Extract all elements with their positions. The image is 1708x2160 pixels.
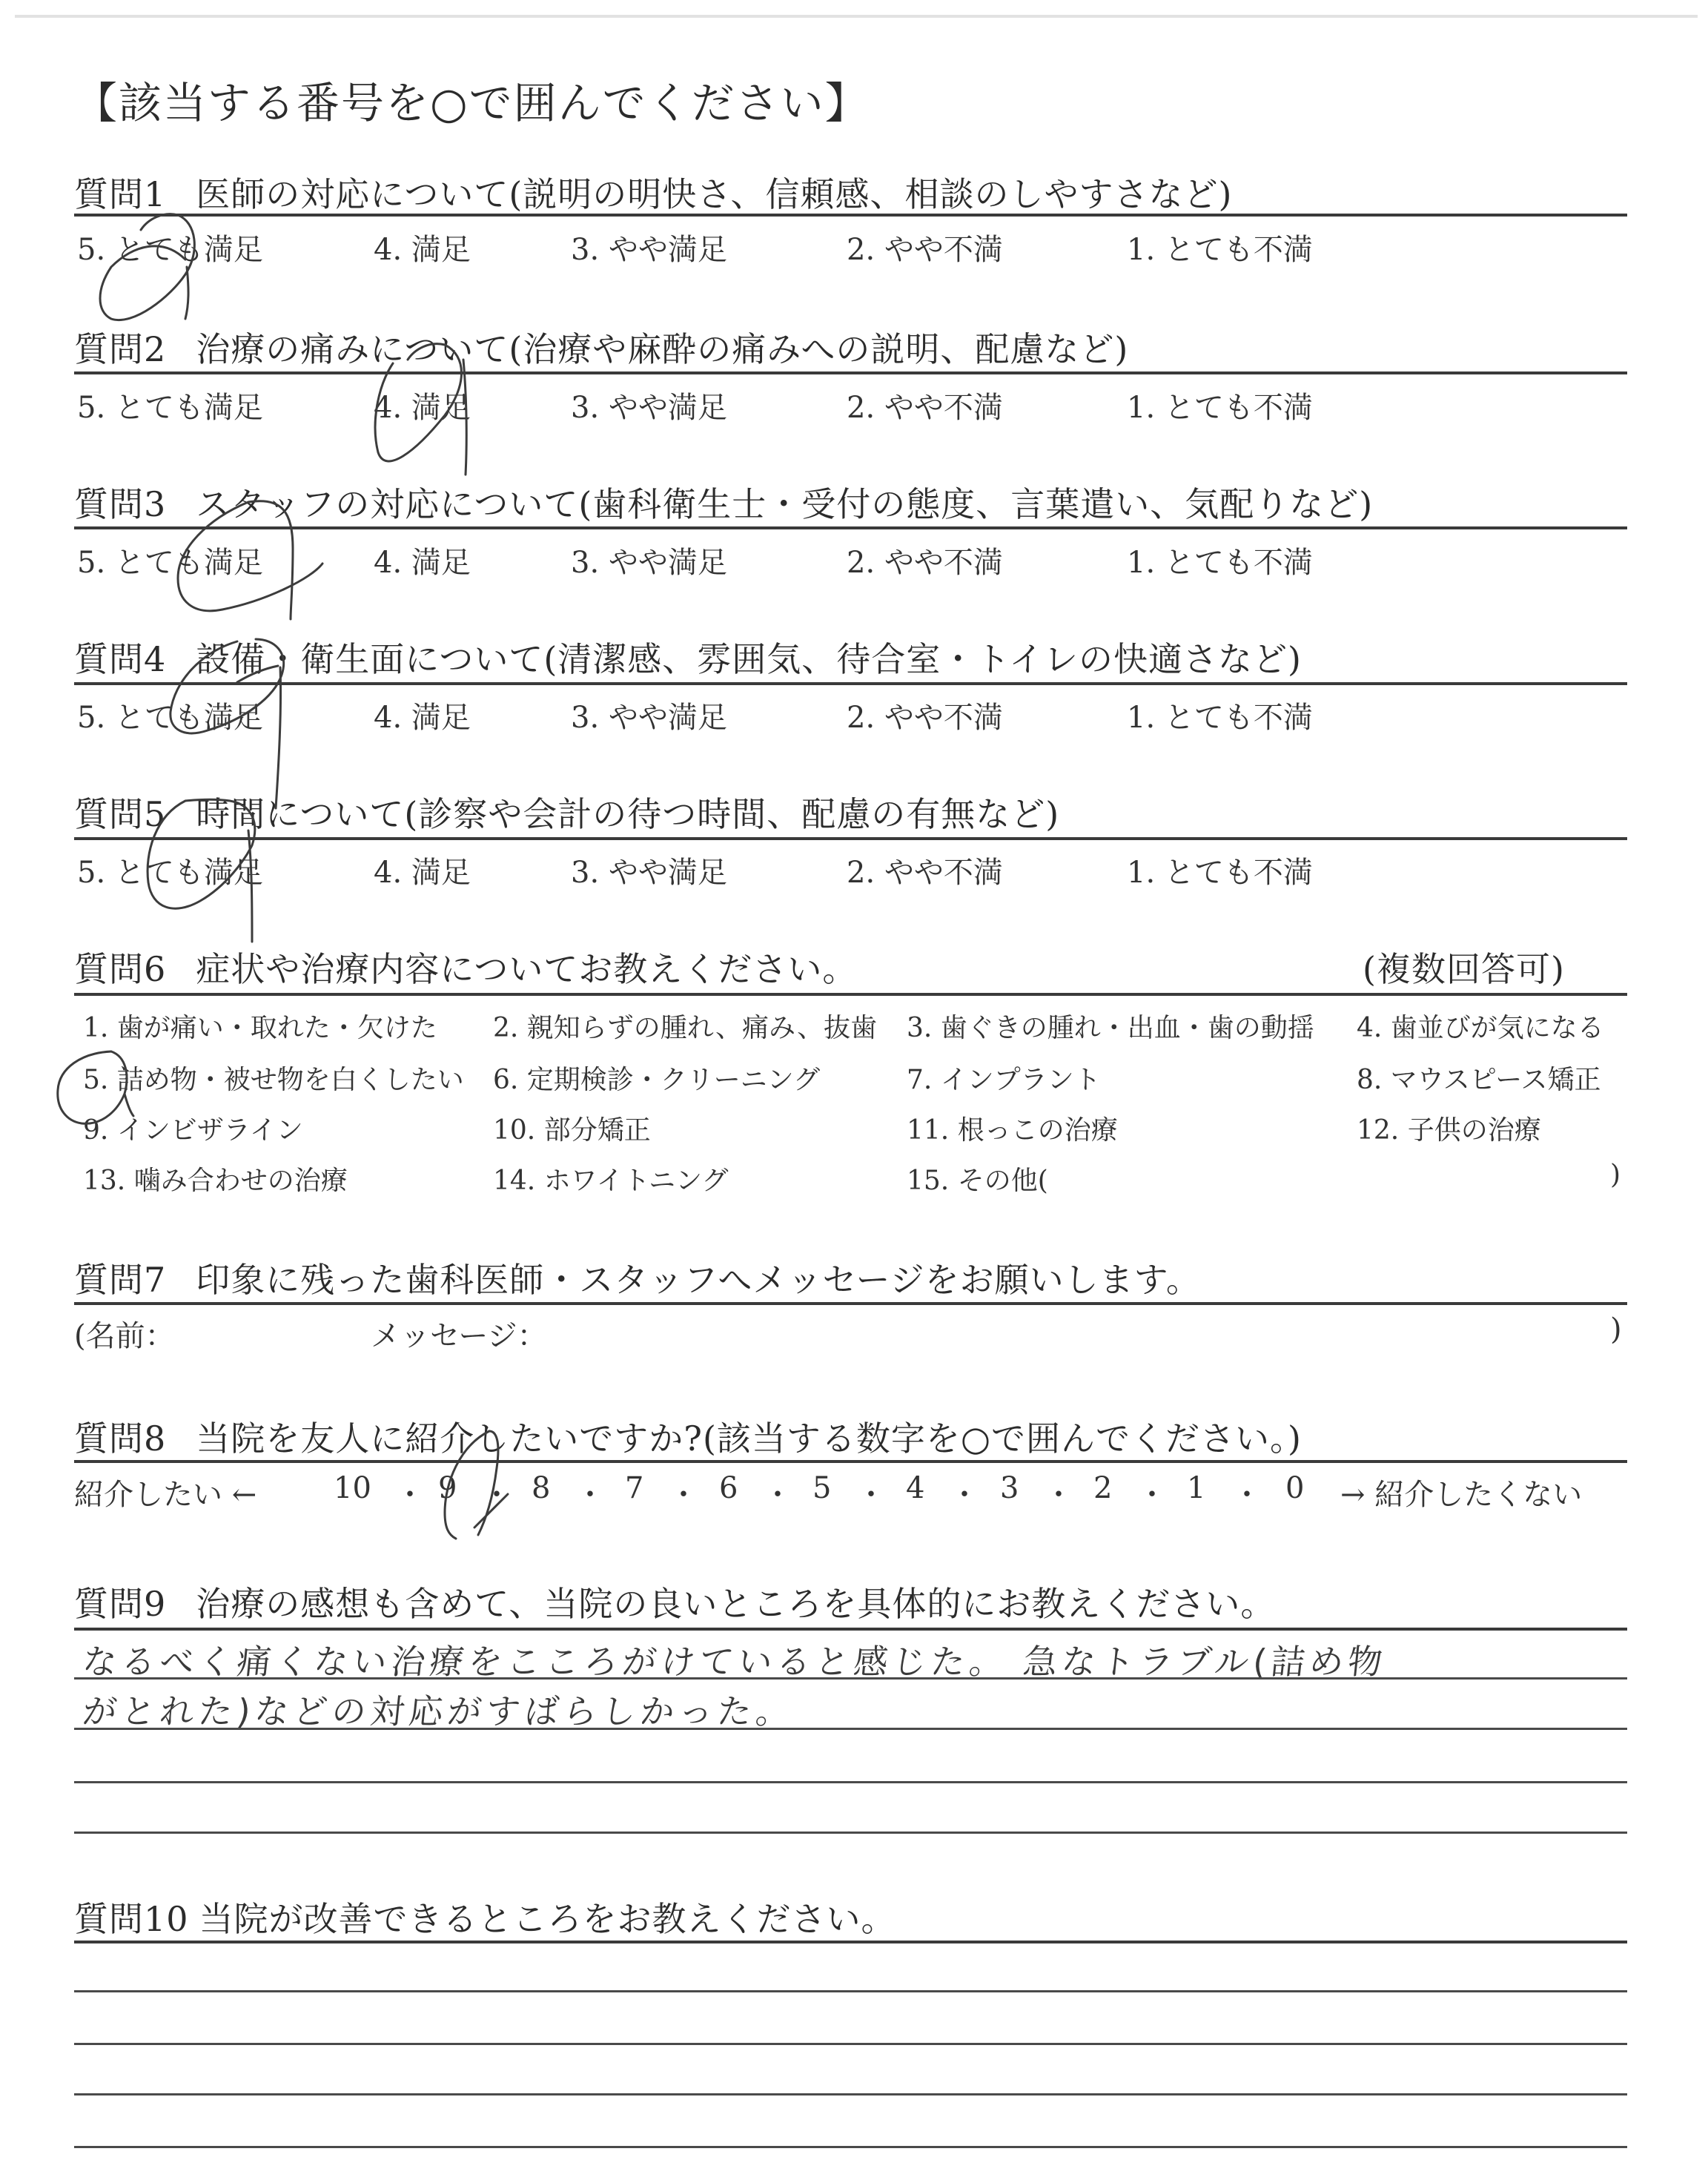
q8-label: 質問8: [74, 1418, 166, 1459]
q1-label: 質問1: [74, 174, 166, 214]
q6-item-4[interactable]: 4. 歯並びが気になる: [1357, 1007, 1604, 1045]
q10-text: 当院が改善できるところをお教えください。: [199, 1899, 896, 1939]
q10-divider: [74, 1941, 1627, 1943]
q7-text: 印象に残った歯科医師・スタッフへメッセージをお願いします。: [196, 1260, 1201, 1300]
q4-option-4[interactable]: 4. 満足: [374, 694, 471, 736]
q6-item-15-close-paren: ): [1610, 1160, 1621, 1190]
q3-header: 質問3スタッフの対応について(歯科衛生士・受付の態度、言葉遣い、気配りなど): [74, 478, 1373, 526]
q9-text: 治療の感想も含めて、当院の良いところを具体的にお教えください。: [196, 1584, 1275, 1624]
q7-message-label: メッセージ：: [371, 1312, 547, 1355]
q6-item-14[interactable]: 14. ホワイトニング: [493, 1160, 728, 1198]
q7-name-field[interactable]: [222, 1312, 356, 1350]
q3-divider: [74, 526, 1627, 529]
q3-option-1[interactable]: 1. とても不満: [1127, 539, 1313, 581]
q9-header: 質問9治療の感想も含めて、当院の良いところを具体的にお教えください。: [74, 1577, 1275, 1626]
q10-label: 質問10: [74, 1899, 189, 1939]
q7-label: 質問7: [74, 1260, 166, 1300]
q5-divider: [74, 837, 1627, 840]
q6-item-11[interactable]: 11. 根っこの治療: [907, 1109, 1118, 1147]
q8-score-5[interactable]: 5: [812, 1471, 831, 1505]
q3-text: スタッフの対応について(歯科衛生士・受付の態度、言葉遣い、気配りなど): [196, 484, 1373, 524]
q4-label: 質問4: [74, 639, 166, 679]
q8-score-1[interactable]: 1: [1187, 1471, 1205, 1505]
q6-item-9[interactable]: 9. インビザライン: [83, 1109, 303, 1147]
q8-separator: ・: [1044, 1471, 1073, 1513]
q1-option-2[interactable]: 2. やや不満: [847, 226, 1003, 268]
q8-score-8[interactable]: 8: [532, 1471, 550, 1505]
q9-answer-rule-2: [74, 1728, 1627, 1730]
q10-header: 質問10当院が改善できるところをお教えください。: [74, 1892, 896, 1941]
q8-right-label: → 紹介したくない: [1340, 1471, 1582, 1513]
q10-answer-rule-1[interactable]: [74, 1990, 1627, 1992]
q8-separator: ・: [395, 1471, 425, 1513]
q8-separator: ・: [950, 1471, 979, 1513]
q4-option-5[interactable]: 5. とても満足: [77, 694, 263, 736]
q8-left-label: 紹介したい ←: [74, 1471, 256, 1513]
q5-label: 質問5: [74, 794, 166, 834]
q6-item-13[interactable]: 13. 噛み合わせの治療: [83, 1160, 348, 1198]
q9-answer-rule-1: [74, 1677, 1627, 1680]
q10-answer-rule-2[interactable]: [74, 2043, 1627, 2045]
q3-option-2[interactable]: 2. やや不満: [847, 539, 1003, 581]
q6-item-2[interactable]: 2. 親知らずの腫れ、痛み、抜歯: [493, 1007, 877, 1045]
q9-label: 質問9: [74, 1584, 166, 1624]
q4-divider: [74, 682, 1627, 685]
q6-header: 質問6症状や治療内容についてお教えください。: [74, 942, 857, 991]
q8-separator: ・: [1232, 1471, 1262, 1513]
q7-close-paren: ): [1610, 1312, 1622, 1347]
q10-answer-rule-3[interactable]: [74, 2093, 1627, 2095]
q1-text: 医師の対応について(説明の明快さ、信頼感、相談のしやすさなど): [196, 174, 1232, 214]
q8-score-2[interactable]: 2: [1093, 1471, 1112, 1505]
q2-option-4[interactable]: 4. 満足: [374, 384, 471, 426]
q2-option-3[interactable]: 3. やや満足: [571, 384, 727, 426]
q7-divider: [74, 1302, 1627, 1305]
q7-header: 質問7印象に残った歯科医師・スタッフへメッセージをお願いします。: [74, 1253, 1201, 1302]
q5-text: 時間について(診察や会計の待つ時間、配慮の有無など): [196, 794, 1059, 834]
q9-answer-rule-3: [74, 1781, 1627, 1783]
q1-option-5[interactable]: 5. とても満足: [77, 226, 263, 268]
q5-header: 質問5時間について(診察や会計の待つ時間、配慮の有無など): [74, 787, 1059, 836]
q7-message-field[interactable]: [563, 1312, 1586, 1350]
q2-text: 治療の痛みについて(治療や麻酔の痛みへの説明、配慮など): [196, 329, 1128, 369]
q3-label: 質問3: [74, 484, 166, 524]
q6-label: 質問6: [74, 949, 166, 989]
q8-score-3[interactable]: 3: [1000, 1471, 1019, 1505]
q1-option-3[interactable]: 3. やや満足: [571, 226, 727, 268]
q1-divider: [74, 214, 1627, 217]
q8-score-10[interactable]: 10: [334, 1471, 371, 1505]
q2-label: 質問2: [74, 329, 166, 369]
q9-answer-rule-4: [74, 1832, 1627, 1834]
q6-item-7[interactable]: 7. インプラント: [907, 1059, 1101, 1097]
q8-score-4[interactable]: 4: [906, 1471, 924, 1505]
q8-separator: ・: [856, 1471, 886, 1513]
q8-separator: ・: [482, 1471, 512, 1513]
q6-multiple-answers-note: (複数回答可): [1363, 942, 1565, 991]
q6-item-12[interactable]: 12. 子供の治療: [1357, 1109, 1541, 1147]
q8-score-6[interactable]: 6: [719, 1471, 738, 1505]
q10-answer-rule-4[interactable]: [74, 2146, 1627, 2148]
q6-divider: [74, 993, 1627, 996]
q3-option-3[interactable]: 3. やや満足: [571, 539, 727, 581]
q2-option-2[interactable]: 2. やや不満: [847, 384, 1003, 426]
q5-option-1[interactable]: 1. とても不満: [1127, 849, 1313, 891]
q4-header: 質問4設備・衛生面について(清潔感、雰囲気、待合室・トイレの快適さなど): [74, 633, 1302, 681]
q5-option-3[interactable]: 3. やや満足: [571, 849, 727, 891]
q8-score-9[interactable]: 9: [438, 1471, 457, 1505]
q3-option-5[interactable]: 5. とても満足: [77, 539, 263, 581]
q8-separator: ・: [1137, 1471, 1167, 1513]
q4-option-3[interactable]: 3. やや満足: [571, 694, 727, 736]
q8-separator: ・: [763, 1471, 792, 1513]
q9-divider: [74, 1628, 1627, 1631]
q6-item-10[interactable]: 10. 部分矯正: [493, 1109, 651, 1147]
q4-option-2[interactable]: 2. やや不満: [847, 694, 1003, 736]
q2-divider: [74, 371, 1627, 374]
q6-item-5[interactable]: 5. 詰め物・被せ物を白くしたい: [83, 1059, 464, 1097]
q2-option-5[interactable]: 5. とても満足: [77, 384, 263, 426]
q3-option-4[interactable]: 4. 満足: [374, 539, 471, 581]
q6-item-6[interactable]: 6. 定期検診・クリーニング: [493, 1059, 820, 1097]
q5-option-5[interactable]: 5. とても満足: [77, 849, 263, 891]
q6-item-8[interactable]: 8. マウスピース矯正: [1357, 1059, 1601, 1097]
q6-item-1[interactable]: 1. 歯が痛い・取れた・欠けた: [83, 1007, 437, 1045]
q8-text: 当院を友人に紹介したいですか?(該当する数字を○で囲んでください。): [196, 1418, 1302, 1459]
page-title: 【該当する番号を○で囲んでください】: [74, 68, 870, 131]
q5-option-4[interactable]: 4. 満足: [374, 849, 471, 891]
q8-score-0[interactable]: 0: [1285, 1471, 1304, 1505]
q7-name-label: (名前：: [74, 1312, 175, 1355]
q4-text: 設備・衛生面について(清潔感、雰囲気、待合室・トイレの快適さなど): [196, 639, 1302, 679]
q8-divider: [74, 1460, 1627, 1463]
q1-option-1[interactable]: 1. とても不満: [1127, 226, 1313, 268]
q8-separator: ・: [669, 1471, 698, 1513]
q5-option-2[interactable]: 2. やや不満: [847, 849, 1003, 891]
q4-option-1[interactable]: 1. とても不満: [1127, 694, 1313, 736]
q1-header: 質問1医師の対応について(説明の明快さ、信頼感、相談のしやすさなど): [74, 168, 1232, 217]
q2-header: 質問2治療の痛みについて(治療や麻酔の痛みへの説明、配慮など): [74, 323, 1128, 371]
q9-answer-line-2[interactable]: がとれた)などの対応がすばらしかった。: [81, 1685, 798, 1734]
q8-separator: ・: [575, 1471, 605, 1513]
q6-item-3[interactable]: 3. 歯ぐきの腫れ・出血・歯の動揺: [907, 1007, 1314, 1045]
q6-item-15-other[interactable]: 15. その他(: [907, 1160, 1048, 1198]
q8-header: 質問8当院を友人に紹介したいですか?(該当する数字を○で囲んでください。): [74, 1412, 1302, 1461]
q8-score-7[interactable]: 7: [625, 1471, 643, 1505]
q1-option-4[interactable]: 4. 満足: [374, 226, 471, 268]
page-top-edge: [15, 15, 1698, 18]
q2-option-1[interactable]: 1. とても不満: [1127, 384, 1313, 426]
q6-text: 症状や治療内容についてお教えください。: [196, 949, 857, 989]
